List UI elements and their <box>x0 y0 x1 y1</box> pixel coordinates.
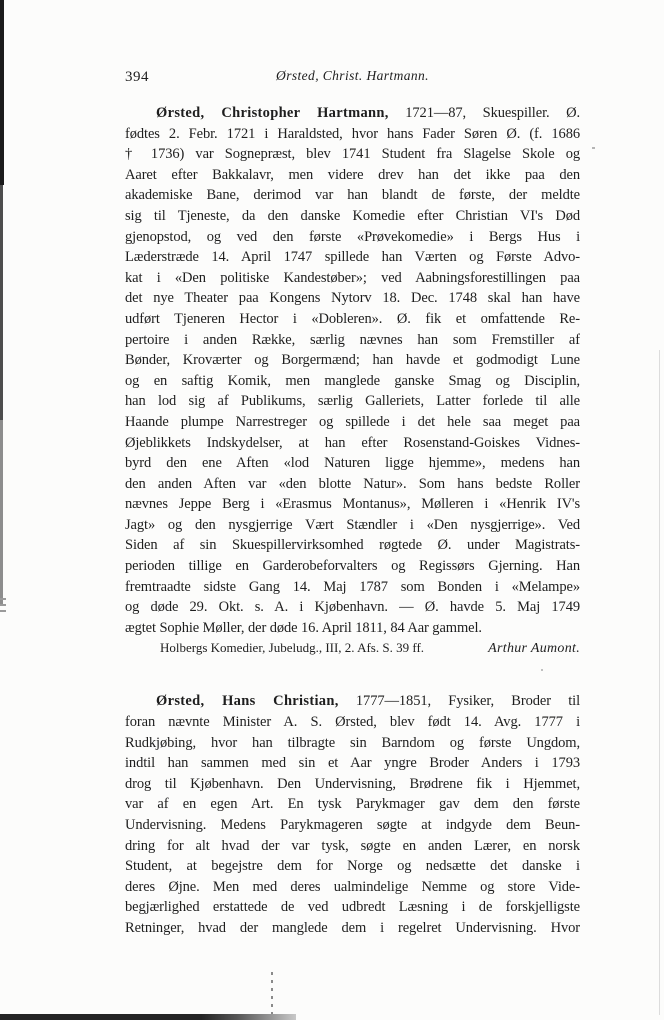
text-line: kat i «Den politiske Kandestøber»; ved A… <box>125 268 580 289</box>
entry-first-line-rest: 1777—1851, Fysiker, Broder til <box>339 693 580 709</box>
text-line: Student, at begejstre dem for Norge og n… <box>125 856 580 877</box>
text-line: det nye Theater paa Kongens Nytorv 18. D… <box>125 288 580 309</box>
entry-hans-christian: Ørsted, Hans Christian, 1777—1851, Fysik… <box>125 691 580 938</box>
scan-artifact-speck <box>592 147 595 149</box>
text-line: akademiske Bane, derimod var han blandt … <box>125 185 580 206</box>
text-line: og døde 29. Okt. s. A. i Kjøbenhavn. — Ø… <box>125 597 580 618</box>
text-line: Siden af sin Skuespillervirksomhed røgte… <box>125 535 580 556</box>
running-title: Ørsted, Christ. Hartmann. <box>125 66 580 84</box>
text-line: sig til Tjeneste, da den danske Komedie … <box>125 206 580 227</box>
text-line: Læderstræde 14. April 1747 spillede han … <box>125 247 580 268</box>
text-line: Retninger, hvad der manglede dem i regel… <box>125 918 580 939</box>
text-line: begjærlighed erstattede de ved udbredt L… <box>125 897 580 918</box>
text-line: udført Tjeneren Hector i «Dobleren». Ø. … <box>125 309 580 330</box>
entry-last-line: ægtet Sophie Møller, der døde 16. April … <box>125 618 580 639</box>
entry-first-line: Ørsted, Christopher Hartmann, 1721—87, S… <box>125 103 580 124</box>
text-line: den anden Aften var «den blotte Natur». … <box>125 474 580 495</box>
text-line: foran nævnte Minister A. S. Ørsted, blev… <box>125 712 580 733</box>
entry-first-line-rest: 1721—87, Skuespiller. Ø. <box>389 105 580 121</box>
scan-artifact-dotted-mark <box>271 972 273 1014</box>
author-signature: Arthur Aumont. <box>488 641 580 657</box>
scan-artifact-left-edge-bar-light <box>0 420 3 605</box>
reference-citation: Holbergs Komedier, Jubeludg., III, 2. Af… <box>160 640 424 656</box>
entry-christopher-hartmann: Ørsted, Christopher Hartmann, 1721—87, S… <box>125 103 580 660</box>
entry-first-line: Ørsted, Hans Christian, 1777—1851, Fysik… <box>125 691 580 712</box>
text-line: byrd den ene Aften «lod Naturen ligge hj… <box>125 453 580 474</box>
text-line: Øjeblikkets Indskydelser, at han efter R… <box>125 433 580 454</box>
scanned-book-page: 394 Ørsted, Christ. Hartmann. Ørsted, Ch… <box>0 0 664 1020</box>
scan-artifact-bottom-bar <box>0 1014 296 1020</box>
page-number: 394 <box>125 69 149 86</box>
text-line: perioden tillige en Garderobeforvalters … <box>125 556 580 577</box>
entry-body-lines: fødtes 2. Febr. 1721 i Haraldsted, hvor … <box>125 124 580 618</box>
text-line: Jagt» og den nysgjerrige Vært Stændler i… <box>125 515 580 536</box>
reference-row: Holbergs Komedier, Jubeludg., III, 2. Af… <box>125 640 580 660</box>
entry-body-lines: foran nævnte Minister A. S. Ørsted, blev… <box>125 712 580 939</box>
text-line: Haande plumpe Narrestreger og spillede i… <box>125 412 580 433</box>
scan-artifact-left-edge-bar-dark <box>0 0 4 185</box>
entry-headword: Ørsted, Christopher Hartmann, <box>156 105 389 121</box>
text-line: Bønder, Kroværter og Borgermænd; han hav… <box>125 350 580 371</box>
text-line: Undervisning. Medens Parykmageren søgte … <box>125 815 580 836</box>
text-line: dring for alt hvad der var tysk, søgte e… <box>125 836 580 857</box>
scan-artifact-left-edge-bar-mid <box>0 185 3 420</box>
text-line: gjenopstod, og ved den første «Prøvekome… <box>125 227 580 248</box>
text-line: deres Øjne. Men med deres ualmindelige N… <box>125 877 580 898</box>
text-line: Rudkjøbing, hvor han tilbragte sin Barnd… <box>125 733 580 754</box>
scan-artifact-left-edge-ticks <box>0 598 6 612</box>
text-line: indtil han sammen med sin et Aar yngre B… <box>125 753 580 774</box>
text-line: drog til Kjøbenhavn. Den Undervisning, B… <box>125 774 580 795</box>
text-line: og en saftig Komik, men manglede ganske … <box>125 371 580 392</box>
text-line: Aaret efter Bakkalavr, men videre drev h… <box>125 165 580 186</box>
entry-headword: Ørsted, Hans Christian, <box>156 693 339 709</box>
text-line: han lod sig af Publikums, særlig Galleri… <box>125 391 580 412</box>
text-block: Ørsted, Christopher Hartmann, 1721—87, S… <box>125 103 580 939</box>
text-line: pertoire i anden Række, særlig nævnes ha… <box>125 330 580 351</box>
text-line: † 1736) var Sognepræst, blev 1741 Studen… <box>125 144 580 165</box>
text-line: fremtraadte sidste Gang 14. Maj 1787 som… <box>125 577 580 598</box>
text-line: nævnes Jeppe Berg i «Erasmus Montanus», … <box>125 494 580 515</box>
page-header: 394 Ørsted, Christ. Hartmann. <box>125 66 580 88</box>
scan-artifact-right-edge-line <box>659 350 660 1015</box>
text-line: var af en egen Art. En tysk Parykmager g… <box>125 794 580 815</box>
text-line: fødtes 2. Febr. 1721 i Haraldsted, hvor … <box>125 124 580 145</box>
